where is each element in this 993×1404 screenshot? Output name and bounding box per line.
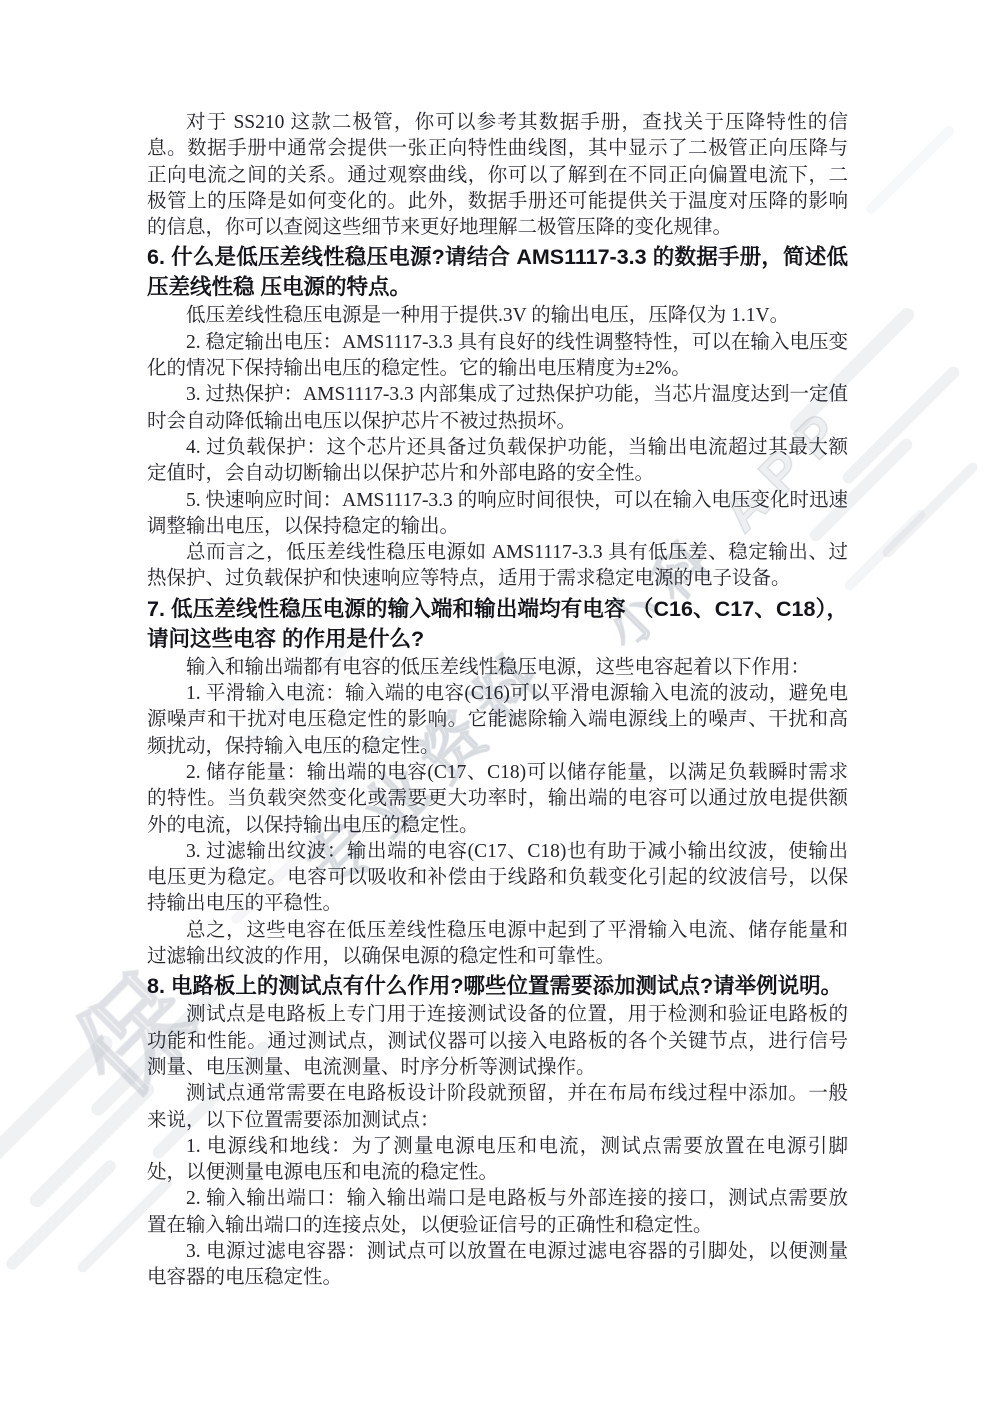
watermark-streak [4,1158,119,1273]
answer-6-item-2: 2. 稳定输出电压：AMS1117-3.3 具有良好的线性调整特性，可以在输入电… [147,330,848,383]
answer-7-item-1: 1. 平滑输入电流：输入端的电容(C16)可以平滑电源输入电流的波动，避免电源噪… [147,681,848,760]
watermark-streak [881,461,980,560]
answer-6-item-3: 3. 过热保护：AMS1117-3.3 内部集成了过热保护功能，当芯片温度达到一… [147,382,848,435]
answer-8-item-3: 3. 电源过滤电容器：测试点可以放置在电源过滤电容器的引脚处，以便测量电容器的电… [147,1239,848,1292]
answer-7-item-2: 2. 储存能量：输出端的电容(C17、C18)可以储存能量，以满足负载瞬时需求的… [147,760,848,839]
watermark-streak [840,364,962,486]
answer-8-paragraph-positions: 测试点通常需要在电路板设计阶段就预留，并在布局布线过程中添加。一般来说，以下位置… [147,1081,848,1134]
document-content: 对于 SS210 这款二极管，你可以参考其数据手册，查找关于压降特性的信息。数据… [147,110,848,1292]
document-page: 保 专业资料 小科 APP 对于 SS210 这款二极管，你可以参考其数据手册，… [0,0,993,1404]
answer-7-summary: 总之，这些电容在低压差线性稳压电源中起到了平滑输入电流、储存能量和过滤输出纹波的… [147,918,848,971]
answer-8-paragraph-intro: 测试点是电路板上专门用于连接测试设备的位置，用于检测和验证电路板的功能和性能。通… [147,1002,848,1081]
answer-7-item-3: 3. 过滤输出纹波：输出端的电容(C17、C18)也有助于减小输出纹波，使输出电… [147,839,848,918]
question-8-heading: 8. 电路板上的测试点有什么作用?哪些位置需要添加测试点?请举例说明。 [147,971,848,1001]
intro-paragraph-ss210: 对于 SS210 这款二极管，你可以参考其数据手册，查找关于压降特性的信息。数据… [147,110,848,241]
answer-6-item-5: 5. 快速响应时间：AMS1117-3.3 的响应时间很快，可以在输入电压变化时… [147,488,848,541]
watermark-streak [864,124,956,216]
answer-8-item-1: 1. 电源线和地线：为了测量电源电压和电流，测试点需要放置在电源引脚处，以便测量… [147,1134,848,1187]
answer-6-summary: 总而言之，低压差线性稳压电源如 AMS1117-3.3 具有低压差、稳定输出、过… [147,540,848,593]
answer-7-paragraph-intro: 输入和输出端都有电容的低压差线性稳压电源，这些电容起着以下作用： [147,655,848,681]
answer-8-item-2: 2. 输入输出端口：输入输出端口是电路板与外部连接的接口，测试点需要放置在输入输… [147,1186,848,1239]
question-7-heading: 7. 低压差线性稳压电源的输入端和输出端均有电容 （C16、C17、C18）， … [147,594,848,654]
watermark-streak [27,1080,157,1210]
watermark-streak [0,1032,116,1178]
watermark-streak [843,508,928,593]
answer-6-item-4: 4. 过负载保护：这个芯片还具备过负载保护功能，当输出电流超过其最大额定值时，会… [147,435,848,488]
question-6-heading: 6. 什么是低压差线性稳压电源?请结合 AMS1117-3.3 的数据手册，简述… [147,242,848,302]
answer-6-paragraph-intro: 低压差线性稳压电源是一种用于提供.3V 的输出电压，压降仅为 1.1V。 [147,303,848,329]
